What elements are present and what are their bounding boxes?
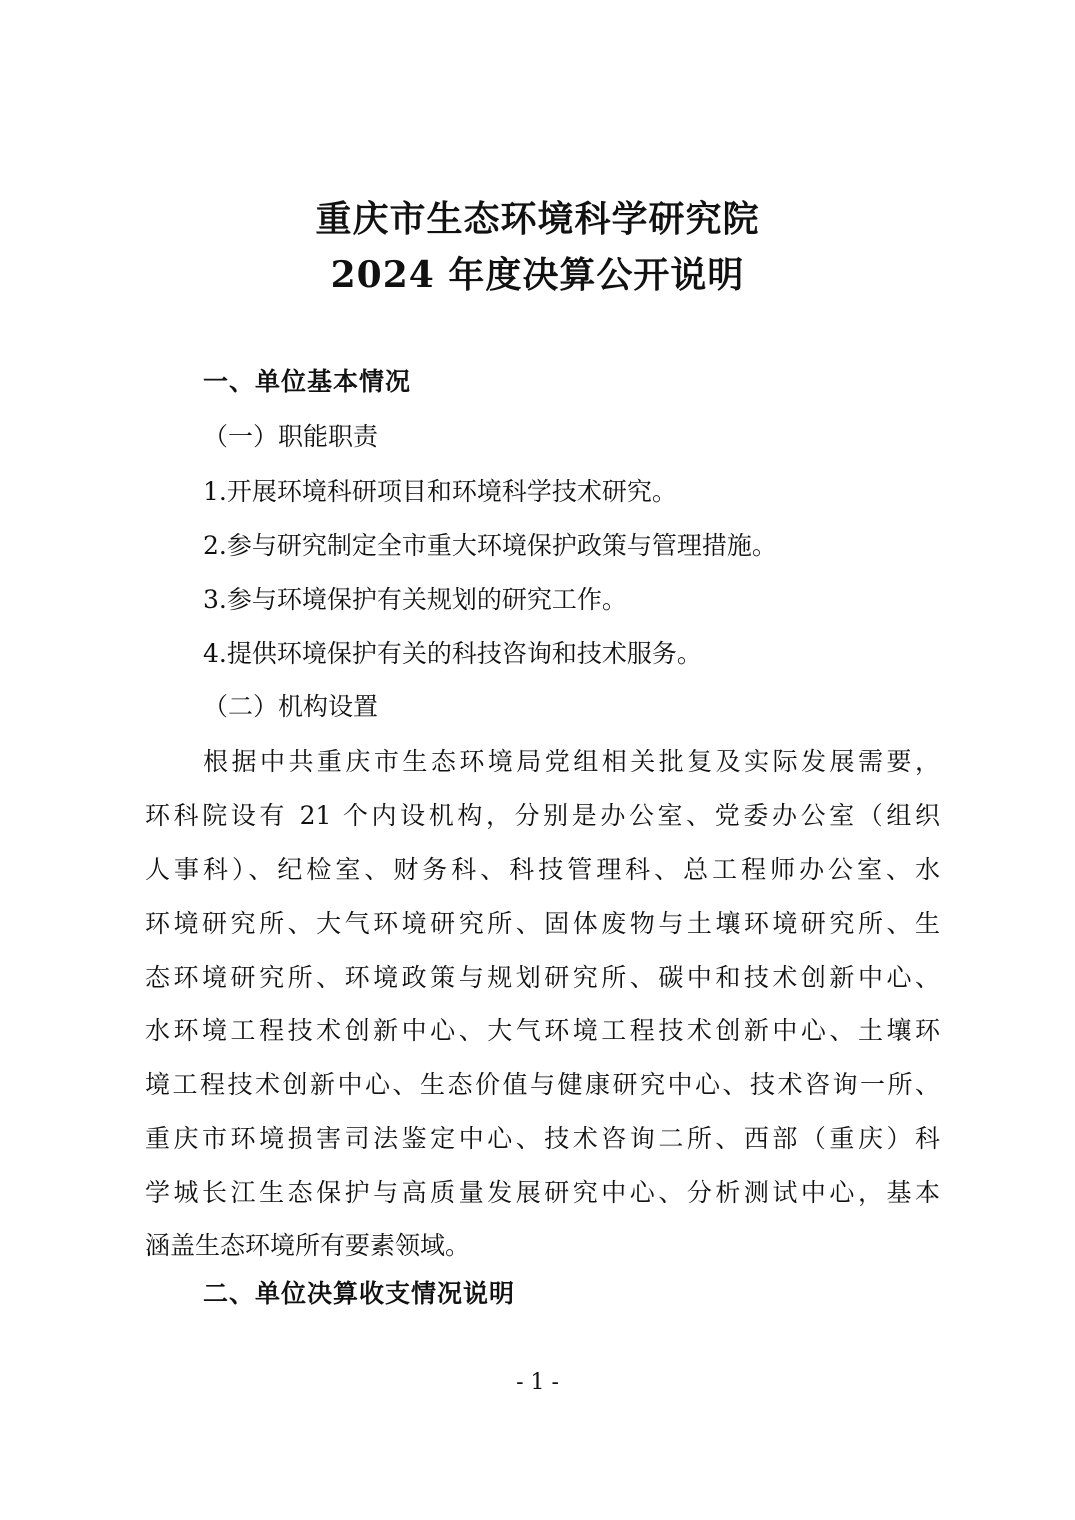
subsection-heading-organization: （二）机构设置 — [203, 689, 378, 725]
function-item: 1.开展环境科研项目和环境科学技术研究。 — [203, 474, 677, 510]
function-item: 2.参与研究制定全市重大环境保护政策与管理措施。 — [203, 528, 777, 564]
paragraph-line: 水环境工程技术创新中心、大气环境工程技术创新中心、土壤环 — [145, 1013, 940, 1049]
subsection-heading-functions: （一）职能职责 — [203, 419, 378, 455]
paragraph-line: 人事科）、纪检室、财务科、科技管理科、总工程师办公室、水 — [145, 852, 940, 888]
document-page: 重庆市生态环境科学研究院 2024 年度决算公开说明 一、单位基本情况 （一）职… — [0, 0, 1075, 1520]
section-heading-basic-info: 一、单位基本情况 — [203, 364, 411, 400]
section-heading-budget: 二、单位决算收支情况说明 — [203, 1276, 515, 1312]
page-number: - 1 - — [0, 1368, 1075, 1398]
paragraph-line: 环境研究所、大气环境研究所、固体废物与土壤环境研究所、生 — [145, 906, 940, 942]
function-item: 4.提供环境保护有关的科技咨询和技术服务。 — [203, 636, 702, 672]
document-title-line2: 2024 年度决算公开说明 — [0, 250, 1075, 300]
paragraph-line: 根据中共重庆市生态环境局党组相关批复及实际发展需要， — [203, 744, 940, 780]
function-item: 3.参与环境保护有关规划的研究工作。 — [203, 582, 627, 618]
paragraph-line: 态环境研究所、环境政策与规划研究所、碳中和技术创新中心、 — [145, 960, 940, 996]
paragraph-line: 环科院设有 21 个内设机构，分别是办公室、党委办公室（组织 — [145, 798, 940, 834]
document-title-line1: 重庆市生态环境科学研究院 — [0, 194, 1075, 244]
paragraph-line: 涵盖生态环境所有要素领域。 — [145, 1228, 940, 1264]
paragraph-line: 重庆市环境损害司法鉴定中心、技术咨询二所、西部（重庆）科 — [145, 1121, 940, 1157]
paragraph-line: 学城长江生态保护与高质量发展研究中心、分析测试中心，基本 — [145, 1175, 940, 1211]
paragraph-line: 境工程技术创新中心、生态价值与健康研究中心、技术咨询一所、 — [145, 1067, 940, 1103]
